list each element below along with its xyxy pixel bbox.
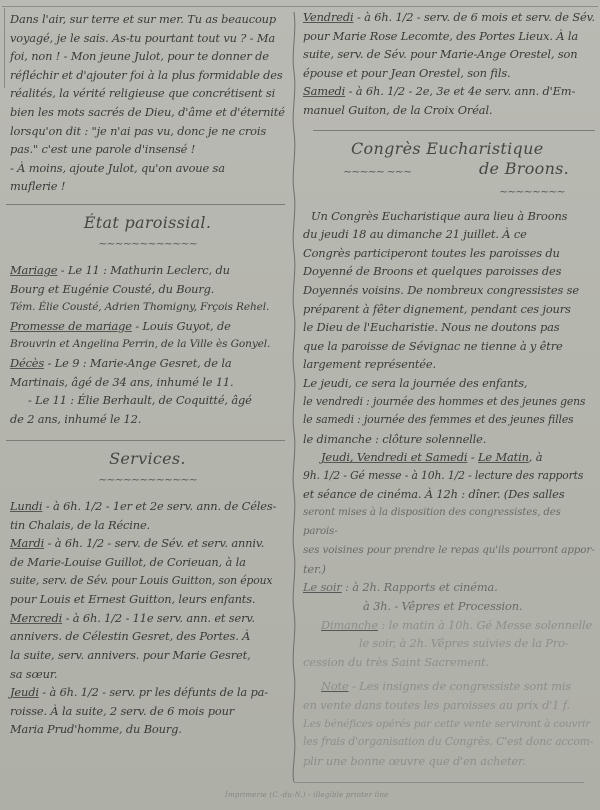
dimanche-label: Dimanche (321, 618, 378, 632)
text-line: plir une bonne œuvre que d'en acheter. (303, 752, 595, 771)
text-line: réfléchir et d'ajouter foi à la plus for… (10, 66, 285, 85)
text-line: sa sœur. (10, 665, 285, 684)
text-line: que la paroisse de Sévignac ne tienne à … (303, 337, 595, 356)
text-line: de Marie-Louise Guillot, de Corieuan, à … (10, 553, 285, 572)
congres-program: Jeudi, Vendredi et Samedi - Le Matin, à … (303, 448, 595, 578)
text-line: Doyenné de Broons et quelques paroisses … (303, 262, 595, 281)
text-line: lorsqu'on dit : "je n'ai pas vu, donc je… (10, 122, 285, 141)
note-label: Note (321, 679, 349, 693)
section-divider (6, 204, 285, 205)
intro-paragraph: Dans l'air, sur terre et sur mer. Tu as … (10, 10, 285, 196)
text-line: manuel Guiton, de la Croix Oréal. (303, 101, 595, 120)
etat-paroissial-section: État paroissial. ~~~~~~~~~~~~ Mariage - … (10, 211, 285, 428)
text-line: suite, serv. de Sév. pour Marie-Ange Ore… (303, 45, 595, 64)
text-line: Brouvrin et Angelina Perrin, de la Ville… (10, 335, 285, 354)
text-line: Bourg et Eugénie Cousté, du Bourg. (10, 280, 285, 299)
left-border-line (4, 8, 5, 88)
day-label: Vendredi (303, 10, 353, 24)
column-divider (287, 12, 301, 782)
congres-title-row: ~~~~~ ~~~ de Broons. (303, 161, 595, 185)
text-line: de 2 ans, inhumé le 12. (10, 410, 285, 429)
text-line: en vente dans toutes les paroisses au pr… (303, 696, 595, 715)
text-line: Maria Prud'homme, du Bourg. (10, 720, 285, 739)
promesse-entry: Promesse de mariage - Louis Guyot, de (10, 317, 285, 336)
section-title-etat-paroissial: État paroissial. (10, 211, 285, 235)
text-line: préparent à fêter dignement, pendant ces… (303, 300, 595, 319)
text-line: seront mises à la disposition des congre… (303, 504, 595, 541)
text-line: et séance de cinéma. À 12h : dîner. (Des… (303, 485, 595, 504)
congres-soir: Le soir : à 2h. Rapports et cinéma. à 3h… (303, 578, 595, 615)
congres-paragraph: Un Congrès Eucharistique aura lieu à Bro… (303, 207, 595, 374)
deces-entry: Décès - Le 9 : Marie-Ange Gesret, de la (10, 354, 285, 373)
soir-label: Le soir (303, 580, 342, 594)
service-entry-samedi: Samedi - à 6h. 1/2 - 2e, 3e et 4e serv. … (303, 82, 595, 119)
day-label: Mardi (10, 536, 44, 550)
text-line: les frais d'organisation du Congrès. C'e… (303, 733, 595, 752)
services-section: Services. ~~~~~~~~~~~~ Lundi - à 6h. 1/2… (10, 447, 285, 739)
congres-days-schedule: Le jeudi, ce sera la journée des enfants… (303, 374, 595, 448)
text-line: Martinais, âgé de 34 ans, inhumé le 11. (10, 373, 285, 392)
right-column: Vendredi - à 6h. 1/2 - serv. de 6 mois e… (303, 8, 595, 770)
text-line: le soir, à 2h. Vêpres suivies de la Pro- (303, 634, 595, 653)
promesse-label: Promesse de mariage (10, 319, 132, 333)
text-line: foi, non ! - Mon jeune Julot, pour te do… (10, 47, 285, 66)
text-line: le samedi : journée des femmes et des je… (303, 411, 595, 430)
title-squiggle: ~~~~~ ~~~ (343, 167, 411, 177)
printer-footer: Imprimerie (C.-du-N.) - illegible printe… (225, 791, 389, 799)
day-label: Mercredi (10, 611, 62, 625)
congres-dimanche: Dimanche : le matin à 10h. Gé Messe sole… (303, 616, 595, 672)
text-line: ter.) (303, 560, 595, 579)
top-rule (2, 6, 598, 7)
service-entry-vendredi: Vendredi - à 6h. 1/2 - serv. de 6 mois e… (303, 8, 595, 82)
text-line: à 3h. - Vêpres et Procession. (303, 597, 595, 616)
text-line: Dans l'air, sur terre et sur mer. Tu as … (10, 10, 285, 29)
program-days-label: Jeudi, Vendredi et Samedi (321, 450, 467, 464)
scanned-bulletin-page: Dans l'air, sur terre et sur mer. Tu as … (0, 0, 600, 810)
text-line: le vendredi : journée des hommes et des … (303, 393, 595, 412)
text-line: 9h. 1/2 - Gé messe - à 10h. 1/2 - lectur… (303, 467, 595, 486)
section-divider (313, 130, 595, 131)
program-matin-label: Le Matin (478, 450, 529, 464)
service-entry-jeudi: Jeudi - à 6h. 1/2 - serv. pr les défunts… (10, 683, 285, 739)
text-line: ses voisines pour prendre le repas qu'il… (303, 541, 595, 560)
title-squiggle: ~~~~~~~~~~~~ (10, 475, 285, 485)
congres-note: Note - Les insignes de congressiste sont… (303, 677, 595, 770)
wavy-line-icon (287, 12, 301, 782)
text-line: largement représentée. (303, 355, 595, 374)
text-line: du jeudi 18 au dimanche 21 juillet. À ce (303, 225, 595, 244)
title-squiggle: ~~~~~~~~ (303, 187, 595, 197)
text-line: muflerie ! (10, 177, 285, 196)
text-line: Un Congrès Eucharistique aura lieu à Bro… (303, 207, 595, 226)
text-line: pour Marie Rose Lecomte, des Portes Lieu… (303, 27, 595, 46)
text-line: pour Louis et Ernest Guitton, leurs enfa… (10, 590, 285, 609)
text-line: Tém. Élie Cousté, Adrien Thomigny, Frçoi… (10, 298, 285, 317)
service-entry-lundi: Lundi - à 6h. 1/2 - 1er et 2e serv. ann.… (10, 497, 285, 534)
text-line: - À moins, ajoute Julot, qu'on avoue sa (10, 159, 285, 178)
mariage-label: Mariage (10, 263, 57, 277)
text-line: Les bénéfices opérés par cette vente ser… (303, 715, 595, 734)
text-line: bien les mots sacrés de Dieu, d'âme et d… (10, 103, 285, 122)
text-line: suite, serv. de Sév. pour Louis Guitton,… (10, 572, 285, 591)
text-line: cession du très Saint Sacrement. (303, 653, 595, 672)
service-entry-mercredi: Mercredi - à 6h. 1/2 - 11e serv. ann. et… (10, 609, 285, 683)
deces-label: Décès (10, 356, 44, 370)
text-line: voyagé, je le sais. As-tu pourtant tout … (10, 29, 285, 48)
text-line: pas." c'est une parole d'insensé ! (10, 140, 285, 159)
text-line: Le jeudi, ce sera la journée des enfants… (303, 374, 595, 393)
text-line: le dimanche : clôture solennelle. (303, 430, 595, 449)
congres-section: Congrès Eucharistique ~~~~~ ~~~ de Broon… (303, 137, 595, 771)
service-entry-mardi: Mardi - à 6h. 1/2 - serv. de Sév. et ser… (10, 534, 285, 608)
mariage-entry: Mariage - Le 11 : Mathurin Leclerc, du (10, 261, 285, 280)
bottom-rule (294, 782, 584, 783)
text-line: Doyennés voisins. De nombreux congressis… (303, 281, 595, 300)
section-title-services: Services. (10, 447, 285, 471)
section-divider (6, 440, 285, 441)
text-line: tin Chalais, de la Récine. (10, 516, 285, 535)
text-line: annivers. de Célestin Gesret, des Portes… (10, 627, 285, 646)
text-line: réalités, la vérité religieuse que concr… (10, 84, 285, 103)
text-line: roisse. À la suite, 2 serv. de 6 mois po… (10, 702, 285, 721)
title-squiggle: ~~~~~~~~~~~~ (10, 239, 285, 249)
text-line: Congrès participeront toutes les paroiss… (303, 244, 595, 263)
text-line: le Dieu de l'Eucharistie. Nous ne douton… (303, 318, 595, 337)
day-label: Lundi (10, 499, 42, 513)
day-label: Jeudi (10, 685, 39, 699)
left-column: Dans l'air, sur terre et sur mer. Tu as … (10, 10, 285, 739)
text-line: - Le 11 : Élie Berhault, de Coquitté, âg… (10, 391, 285, 410)
text-line: épouse et pour Jean Orestel, son fils. (303, 64, 595, 83)
text-line: la suite, serv. annivers. pour Marie Ges… (10, 646, 285, 665)
section-title-congres-line2: de Broons. (479, 157, 569, 181)
day-label: Samedi (303, 84, 345, 98)
